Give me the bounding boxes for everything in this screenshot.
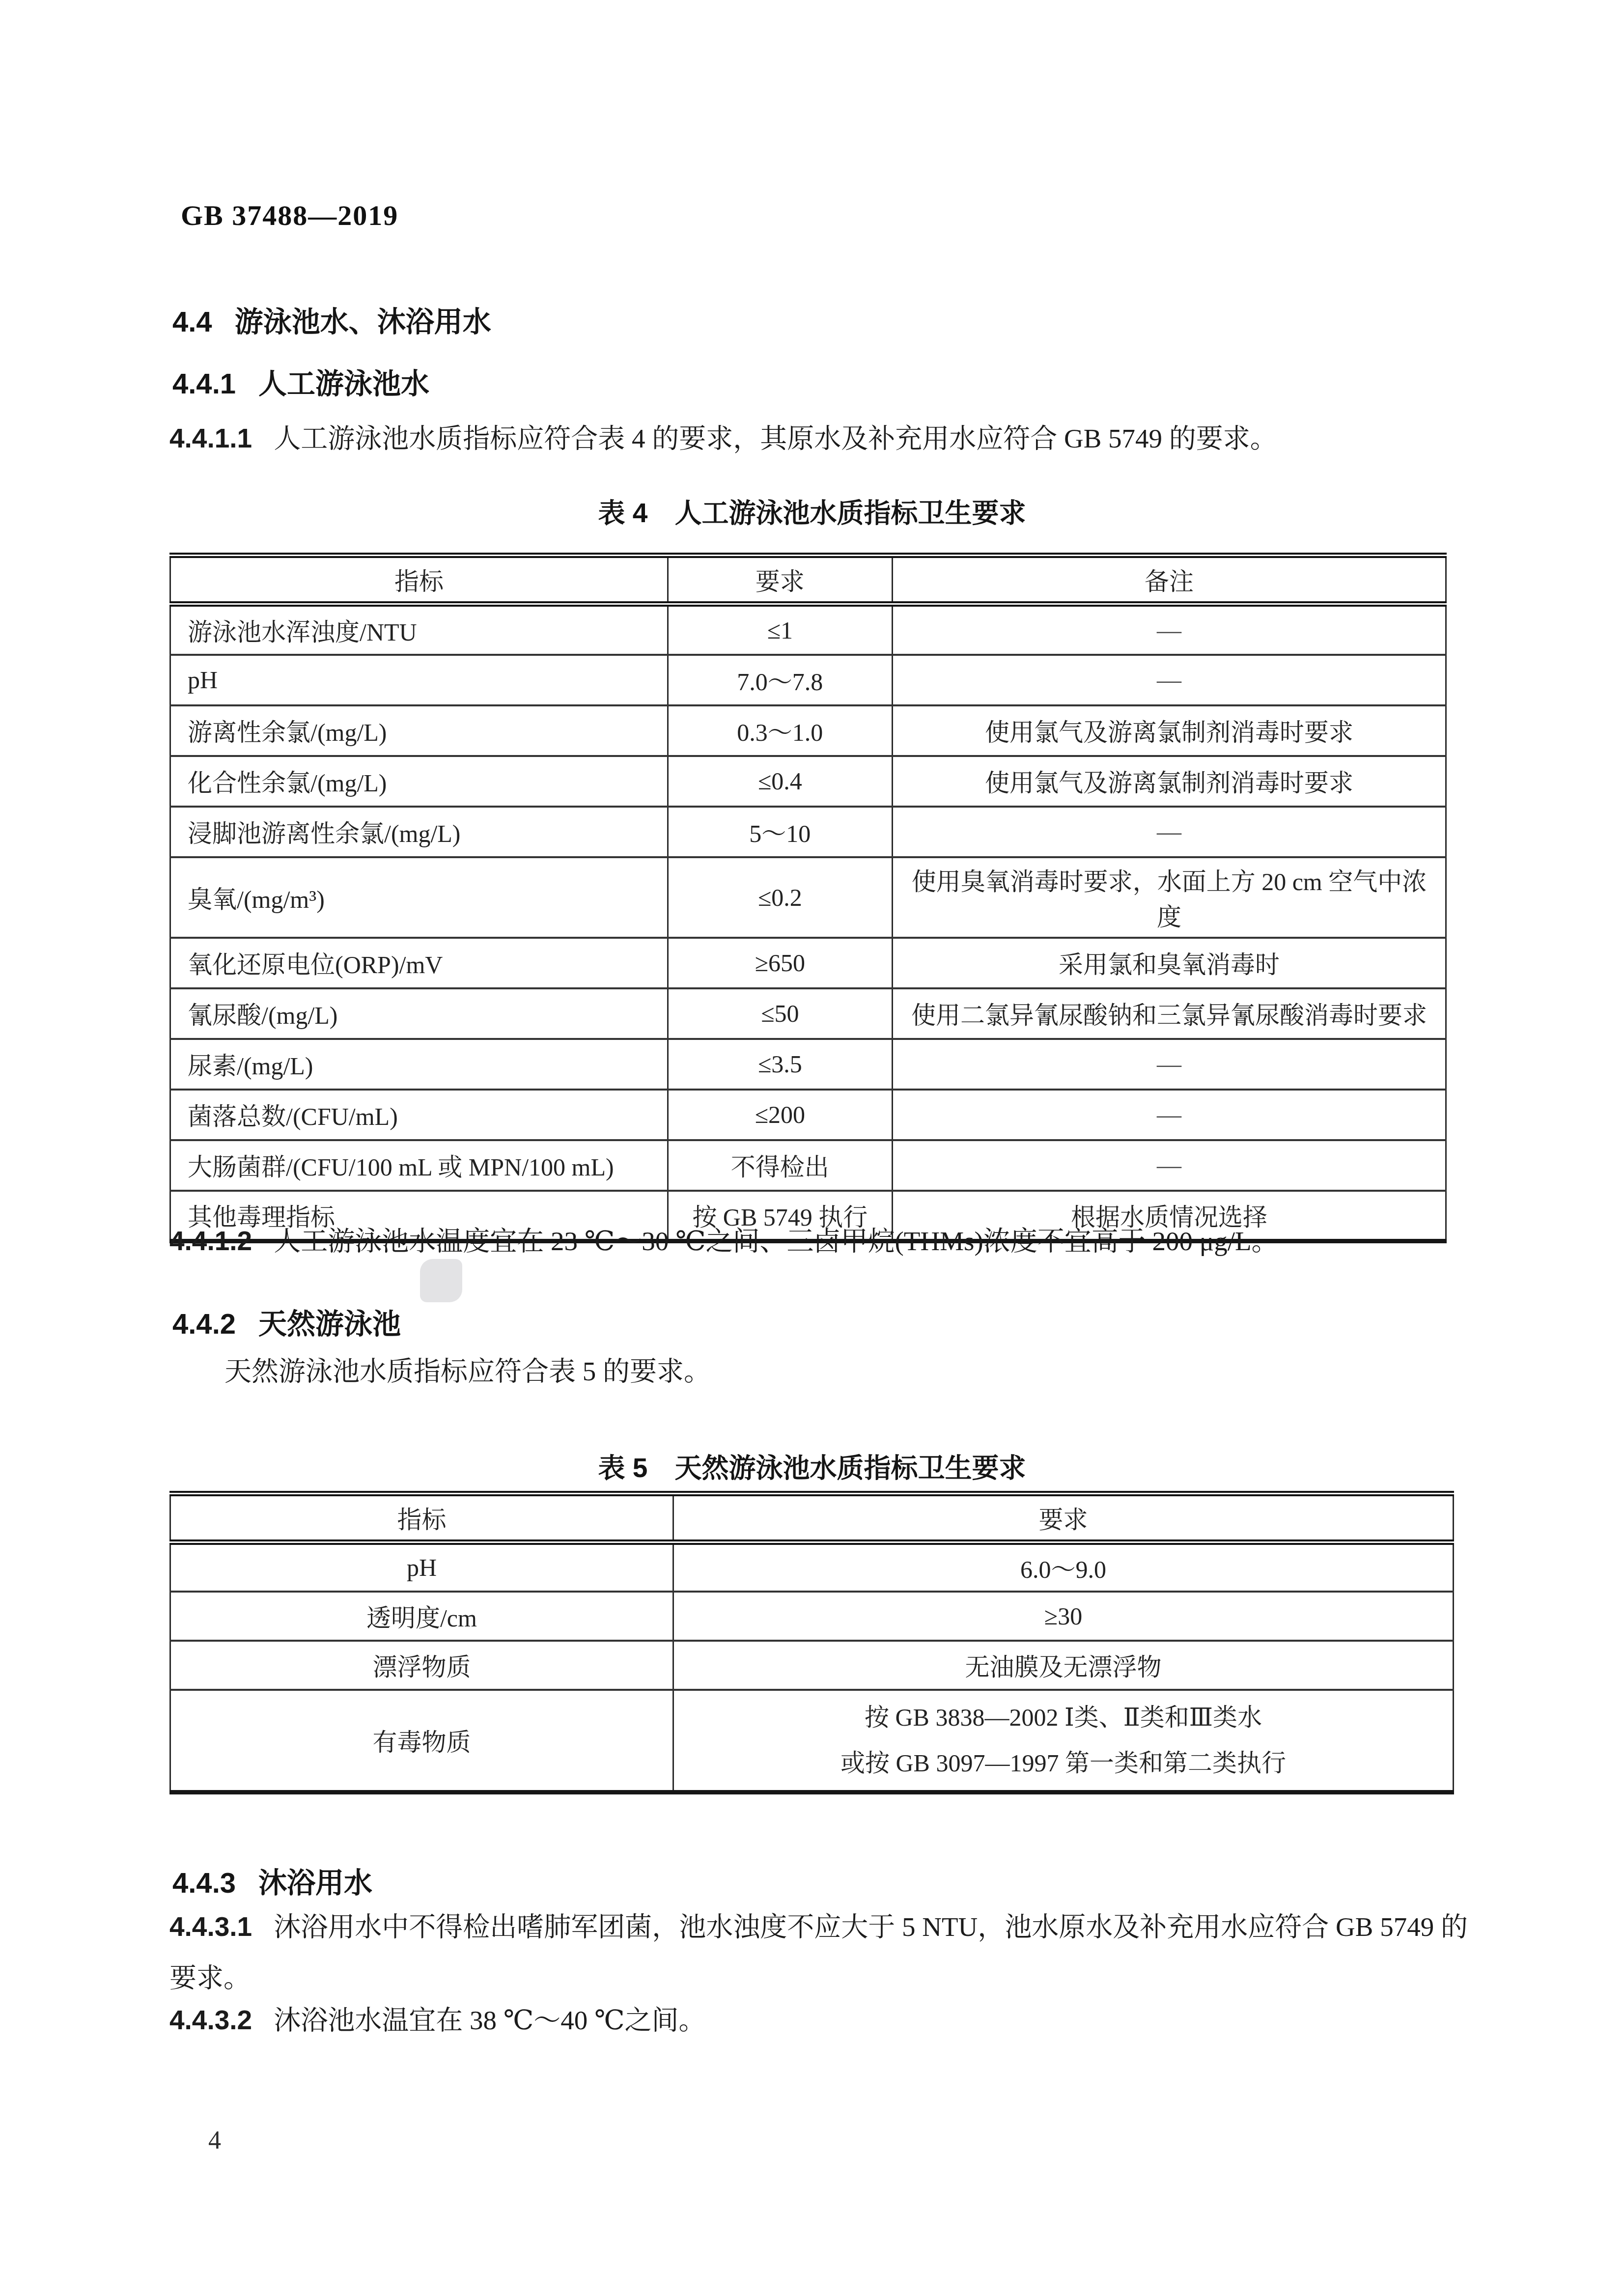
scan-artifact <box>420 1259 462 1302</box>
table-row: 菌落总数/(CFU/mL)≤200— <box>170 1090 1446 1140</box>
value-cell: ≤200 <box>668 1090 892 1140</box>
clause-text: 沐浴用水中不得检出嗜肺军团菌，池水浊度不应大于 5 NTU，池水原水及补充用水应… <box>169 1912 1468 1993</box>
table-header-row: 指标要求 <box>170 1494 1454 1542</box>
value-cell: ≥650 <box>668 938 892 988</box>
value-cell: — <box>892 1039 1446 1090</box>
column-header: 指标 <box>170 1494 673 1542</box>
table-row: 氰尿酸/(mg/L)≤50使用二氯异氰尿酸钠和三氯异氰尿酸消毒时要求 <box>170 988 1446 1039</box>
value-cell: ≤3.5 <box>668 1039 892 1090</box>
indicator-cell: 化合性余氯/(mg/L) <box>170 756 668 807</box>
indicator-cell: 有毒物质 <box>170 1690 673 1792</box>
clause-4-4-3-2: 4.4.3.2沐浴池水温宜在 38 ℃～40 ℃之间。 <box>169 1994 1476 2046</box>
clause-number: 4.4.1.1 <box>169 423 252 453</box>
clause-text: 人工游泳池水温度宜在 23 ℃～30 ℃之间、三卤甲烷(THMs)浓度不宜高于 … <box>274 1226 1278 1256</box>
table-header-row: 指标要求备注 <box>170 556 1446 604</box>
table-row: pH6.0～9.0 <box>170 1542 1454 1592</box>
clause-4-4-1-2: 4.4.1.2人工游泳池水温度宜在 23 ℃～30 ℃之间、三卤甲烷(THMs)… <box>169 1215 1471 1267</box>
table-row: 透明度/cm≥30 <box>170 1592 1454 1641</box>
value-cell: 6.0～9.0 <box>673 1542 1453 1592</box>
indicator-cell: pH <box>170 655 668 705</box>
table-row: 臭氧/(mg/m³)≤0.2使用臭氧消毒时要求，水面上方 20 cm 空气中浓度 <box>170 857 1446 938</box>
section-heading-4-4-2: 4.4.2天然游泳池 <box>172 1301 401 1342</box>
column-header: 要求 <box>673 1494 1453 1542</box>
indicator-cell: 浸脚池游离性余氯/(mg/L) <box>170 807 668 857</box>
value-cell: 0.3～1.0 <box>668 705 892 756</box>
column-header: 备注 <box>892 556 1446 604</box>
table-row: 有毒物质按 GB 3838—2002 Ⅰ类、Ⅱ类和Ⅲ类水或按 GB 3097—1… <box>170 1690 1454 1792</box>
indicator-cell: 尿素/(mg/L) <box>170 1039 668 1090</box>
clause-text: 人工游泳池水质指标应符合表 4 的要求，其原水及补充用水应符合 GB 5749 … <box>274 423 1277 453</box>
paragraph-4-4-2: 天然游泳池水质指标应符合表 5 的要求。 <box>169 1346 1471 1397</box>
value-cell: 使用臭氧消毒时要求，水面上方 20 cm 空气中浓度 <box>892 857 1446 938</box>
table-row: 氧化还原电位(ORP)/mV≥650采用氯和臭氧消毒时 <box>170 938 1446 988</box>
section-number: 4.4.3 <box>172 1867 236 1899</box>
value-cell: — <box>892 807 1446 857</box>
indicator-cell: 菌落总数/(CFU/mL) <box>170 1090 668 1140</box>
value-cell: 无油膜及无漂浮物 <box>673 1641 1453 1690</box>
value-cell: ≤0.4 <box>668 756 892 807</box>
value-cell: ≤50 <box>668 988 892 1039</box>
value-cell: 采用氯和臭氧消毒时 <box>892 938 1446 988</box>
section-number: 4.4.2 <box>172 1308 236 1340</box>
value-cell: 按 GB 3838—2002 Ⅰ类、Ⅱ类和Ⅲ类水或按 GB 3097—1997 … <box>673 1690 1453 1792</box>
value-cell: — <box>892 655 1446 705</box>
section-heading-4-4-3: 4.4.3沐浴用水 <box>172 1860 372 1901</box>
column-header: 指标 <box>170 556 668 604</box>
table-5-natural-pool-water-quality: 指标要求 pH6.0～9.0透明度/cm≥30漂浮物质无油膜及无漂浮物有毒物质按… <box>169 1491 1454 1794</box>
value-cell: 7.0～7.8 <box>668 655 892 705</box>
section-number: 4.4 <box>172 306 212 338</box>
table-row: 游泳池水浑浊度/NTU≤1— <box>170 604 1446 655</box>
section-heading-4-4-1: 4.4.1人工游泳池水 <box>172 361 429 402</box>
indicator-cell: 氰尿酸/(mg/L) <box>170 988 668 1039</box>
page-number: 4 <box>208 2126 221 2155</box>
section-title: 人工游泳池水 <box>258 368 429 400</box>
table-row: 化合性余氯/(mg/L)≤0.4使用氯气及游离氯制剂消毒时要求 <box>170 756 1446 807</box>
clause-4-4-1-1: 4.4.1.1人工游泳池水质指标应符合表 4 的要求，其原水及补充用水应符合 G… <box>169 413 1471 464</box>
clause-number: 4.4.3.1 <box>169 1911 252 1942</box>
indicator-cell: 透明度/cm <box>170 1592 673 1641</box>
value-cell: 使用氯气及游离氯制剂消毒时要求 <box>892 756 1446 807</box>
section-heading-4-4: 4.4游泳池水、沐浴用水 <box>172 299 491 340</box>
standard-code: GB 37488—2019 <box>181 199 398 232</box>
indicator-cell: 臭氧/(mg/m³) <box>170 857 668 938</box>
clause-text: 天然游泳池水质指标应符合表 5 的要求。 <box>224 1356 711 1386</box>
value-cell: 使用二氯异氰尿酸钠和三氯异氰尿酸消毒时要求 <box>892 988 1446 1039</box>
indicator-cell: 氧化还原电位(ORP)/mV <box>170 938 668 988</box>
column-header: 要求 <box>668 556 892 604</box>
table-row: 大肠菌群/(CFU/100 mL 或 MPN/100 mL)不得检出— <box>170 1140 1446 1191</box>
clause-text: 沐浴池水温宜在 38 ℃～40 ℃之间。 <box>274 2005 705 2035</box>
value-cell: — <box>892 604 1446 655</box>
clause-number: 4.4.3.2 <box>169 2005 252 2035</box>
table-row: 漂浮物质无油膜及无漂浮物 <box>170 1641 1454 1690</box>
section-number: 4.4.1 <box>172 368 236 400</box>
value-cell: ≤0.2 <box>668 857 892 938</box>
table-5-caption: 表 5 天然游泳池水质指标卫生要求 <box>0 1446 1624 1485</box>
section-title: 天然游泳池 <box>258 1308 401 1340</box>
value-cell: ≥30 <box>673 1592 1453 1641</box>
value-cell: 使用氯气及游离氯制剂消毒时要求 <box>892 705 1446 756</box>
section-title: 沐浴用水 <box>258 1867 372 1899</box>
document-page: GB 37488—2019 4.4游泳池水、沐浴用水 4.4.1人工游泳池水 4… <box>0 0 1624 2295</box>
value-cell: — <box>892 1140 1446 1191</box>
table-row: pH7.0～7.8— <box>170 655 1446 705</box>
indicator-cell: pH <box>170 1542 673 1592</box>
cell-line: 按 GB 3838—2002 Ⅰ类、Ⅱ类和Ⅲ类水 <box>681 1695 1446 1740</box>
table-4-pool-water-quality: 指标要求备注 游泳池水浑浊度/NTU≤1—pH7.0～7.8—游离性余氯/(mg… <box>169 553 1447 1243</box>
table-row: 尿素/(mg/L)≤3.5— <box>170 1039 1446 1090</box>
cell-line: 或按 GB 3097—1997 第一类和第二类执行 <box>681 1740 1446 1786</box>
indicator-cell: 大肠菌群/(CFU/100 mL 或 MPN/100 mL) <box>170 1140 668 1191</box>
value-cell: — <box>892 1090 1446 1140</box>
clause-number: 4.4.1.2 <box>169 1226 252 1256</box>
indicator-cell: 游泳池水浑浊度/NTU <box>170 604 668 655</box>
section-title: 游泳池水、沐浴用水 <box>235 306 491 338</box>
table-4-caption: 表 4 人工游泳池水质指标卫生要求 <box>0 491 1624 530</box>
value-cell: 5～10 <box>668 807 892 857</box>
table-row: 浸脚池游离性余氯/(mg/L)5～10— <box>170 807 1446 857</box>
table-row: 游离性余氯/(mg/L)0.3～1.0使用氯气及游离氯制剂消毒时要求 <box>170 705 1446 756</box>
indicator-cell: 漂浮物质 <box>170 1641 673 1690</box>
clause-4-4-3-1: 4.4.3.1沐浴用水中不得检出嗜肺军团菌，池水浊度不应大于 5 NTU，池水原… <box>169 1901 1476 2004</box>
value-cell: 不得检出 <box>668 1140 892 1191</box>
value-cell: ≤1 <box>668 604 892 655</box>
indicator-cell: 游离性余氯/(mg/L) <box>170 705 668 756</box>
